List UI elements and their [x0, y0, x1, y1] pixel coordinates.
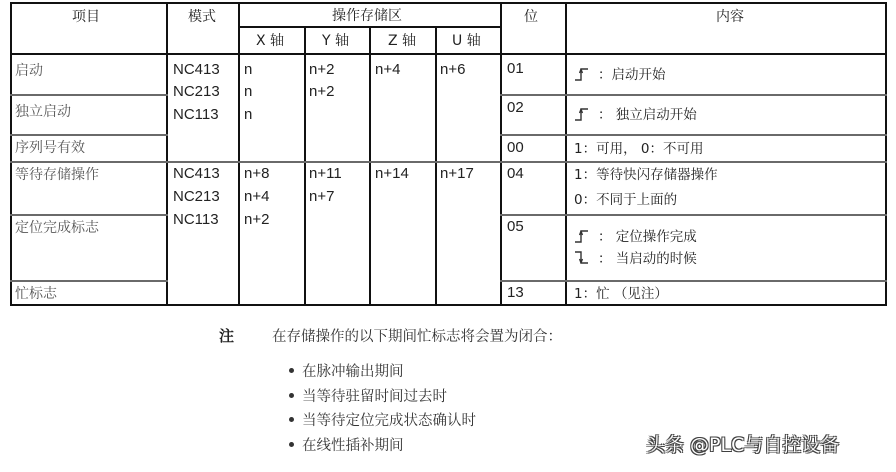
content-positioning-line-1-text: ： 定位操作完成 [598, 229, 697, 245]
col-sep-z [435, 26, 437, 306]
bit-13: 13 [507, 285, 524, 301]
item-independent-start: 独立启动 [15, 104, 71, 120]
row-line-4b [500, 214, 887, 216]
note-text: 在存储操作的以下期间忙标志将会置为闭合： [272, 325, 562, 346]
table-border-top [10, 2, 887, 4]
io-memory-table: 项目 模式 操作存储区 X 轴 Y 轴 Z 轴 U 轴 位 内容 启动 独立启动… [10, 2, 887, 306]
mode-nc413: NC413 [173, 62, 220, 78]
content-positioning-line-2-text: ： 当启动的时候 [598, 251, 697, 267]
col-sep-bit [565, 2, 567, 306]
bit-01: 01 [507, 61, 524, 77]
row-line-4 [10, 214, 168, 216]
mode-nc113: NC113 [173, 212, 219, 228]
header-storage-area: 操作存储区 [332, 8, 402, 24]
row-line-5 [10, 280, 168, 282]
x-axis-value: n [244, 107, 252, 123]
row-line-5b [500, 280, 887, 282]
u-axis-value: n+17 [440, 166, 474, 182]
header-z-axis: Z 轴 [388, 33, 416, 49]
bit-05: 05 [507, 219, 524, 235]
x-axis-value: n+2 [244, 212, 269, 228]
header-bottom-line [10, 53, 887, 55]
x-axis-value: n [244, 62, 252, 78]
x-axis-value: n+8 [244, 166, 269, 182]
y-axis-value: n+7 [309, 189, 334, 205]
col-sep-item [166, 2, 168, 306]
header-bit: 位 [524, 9, 538, 25]
col-sep-mode [238, 2, 240, 306]
col-sep-x [304, 26, 306, 306]
col-sep-y [369, 26, 371, 306]
content-start: ：启动开始 [574, 66, 666, 83]
mode-nc413: NC413 [173, 166, 220, 182]
rising-edge-icon [574, 106, 592, 122]
note-bullet-2: 当等待驻留时间过去时 [289, 385, 447, 406]
table-border-right [885, 2, 887, 306]
mode-nc213: NC213 [173, 84, 220, 100]
x-axis-value: n+4 [244, 189, 269, 205]
y-axis-value: n+11 [309, 166, 342, 182]
content-wait-line-2: 0：不同于上面的 [574, 192, 677, 208]
header-item: 项目 [72, 9, 100, 25]
x-axis-value: n [244, 84, 252, 100]
row-line-2b [500, 134, 887, 136]
y-axis-value: n+2 [309, 62, 334, 78]
group-line [10, 161, 887, 163]
z-axis-value: n+14 [375, 166, 409, 182]
content-positioning-line-2: ： 当启动的时候 [574, 250, 697, 267]
bit-04: 04 [507, 166, 524, 182]
row-line-1 [10, 94, 168, 96]
item-start: 启动 [15, 63, 43, 79]
header-content: 内容 [716, 9, 744, 25]
item-sequence-valid: 序列号有效 [15, 140, 85, 156]
item-wait-storage: 等待存储操作 [15, 167, 99, 183]
header-subrow-line [238, 26, 502, 28]
header-mode: 模式 [188, 9, 216, 25]
z-axis-value: n+4 [375, 62, 400, 78]
watermark: 头条 @PLC与自控设备 [646, 430, 839, 457]
u-axis-value: n+6 [440, 62, 465, 78]
content-sequence-valid: 1：可用， 0：不可用 [574, 141, 703, 157]
header-u-axis: U 轴 [452, 33, 481, 49]
note-bullet-1: 在脉冲输出期间 [289, 360, 404, 381]
falling-edge-icon [574, 250, 592, 266]
content-start-text: ：启动开始 [598, 67, 666, 83]
table-border-bottom [10, 304, 887, 306]
y-axis-value: n+2 [309, 84, 334, 100]
header-y-axis: Y 轴 [322, 33, 349, 49]
bit-02: 02 [507, 100, 524, 116]
note-label: 注 [219, 325, 234, 346]
item-busy-flag: 忙标志 [15, 286, 57, 302]
content-independent-start-text: ： 独立启动开始 [598, 107, 697, 123]
col-sep-u [500, 2, 502, 306]
header-x-axis: X 轴 [256, 33, 284, 49]
mode-nc113: NC113 [173, 107, 219, 123]
item-positioning-complete: 定位完成标志 [15, 220, 99, 236]
table-border-left [10, 2, 12, 306]
content-independent-start: ： 独立启动开始 [574, 106, 697, 123]
rising-edge-icon [574, 66, 592, 82]
rising-edge-icon [574, 228, 592, 244]
bit-00: 00 [507, 140, 524, 156]
content-positioning-line-1: ： 定位操作完成 [574, 228, 697, 245]
note-bullet-3: 当等待定位完成状态确认时 [289, 409, 476, 430]
content-wait-line-1: 1：等待快闪存储器操作 [574, 167, 718, 183]
content-busy-flag: 1：忙 （见注） [574, 286, 668, 302]
row-line-1b [500, 94, 887, 96]
mode-nc213: NC213 [173, 189, 220, 205]
note-bullet-4: 在线性插补期间 [289, 434, 404, 455]
row-line-2 [10, 134, 168, 136]
